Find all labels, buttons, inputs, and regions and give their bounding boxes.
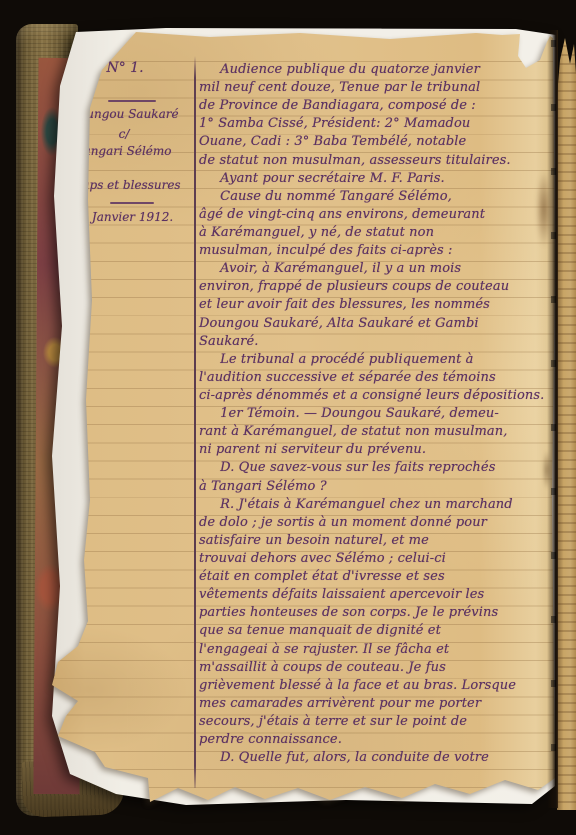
text-line: l'audition successive et séparée des tém… [199, 369, 553, 387]
charge-label: Coups et blessures [52, 178, 194, 192]
text-line: à Tangari Sélémo ? [199, 478, 553, 496]
margin-divider-dash [108, 100, 156, 102]
text-line: rant à Karémanguel, de statut non musulm… [199, 423, 553, 441]
text-line: Ouane, Cadi : 3° Baba Tembélé, notable [199, 133, 553, 151]
text-line: trouvai dehors avec Sélémo ; celui-ci [199, 550, 553, 568]
text-line: à Karémanguel, y né, de statut non [199, 224, 553, 242]
text-line: l'engageai à se rajuster. Il se fâcha et [199, 641, 553, 659]
scanned-register-photo: 2 N° 1. Doungou Saukaré c/ Tangari Sélém… [0, 0, 576, 835]
gutter-crease-spots [551, 40, 556, 800]
versus-separator: c/ [56, 127, 192, 141]
text-line: R. J'étais à Karémanguel chez un marchan… [199, 496, 553, 514]
text-line: musulman, inculpé des faits ci-après : [199, 242, 553, 260]
text-line: D. Que savez-vous sur les faits reproché… [199, 459, 553, 477]
text-line: ni parent ni serviteur du prévenu. [199, 441, 553, 459]
text-line: Saukaré. [199, 333, 553, 351]
plaintiff-name: Doungou Saukaré [56, 107, 192, 121]
manuscript-page-wrap: 2 N° 1. Doungou Saukaré c/ Tangari Sélém… [50, 30, 556, 806]
text-line: que sa tenue manquait de dignité et [199, 622, 553, 640]
text-line: mes camarades arrivèrent pour me porter [199, 695, 553, 713]
text-line: de Province de Bandiagara, composé de : [199, 97, 553, 115]
text-line: âgé de vingt-cinq ans environs, demeuran… [199, 206, 553, 224]
body-text: Audience publique du quatorze janviermil… [199, 61, 553, 767]
text-line: ci-après dénommés et a consigné leurs dé… [199, 387, 553, 405]
manuscript-page: 2 N° 1. Doungou Saukaré c/ Tangari Sélém… [50, 30, 556, 806]
text-line: Avoir, à Karémanguel, il y a un mois [199, 260, 553, 278]
text-line: Doungou Saukaré, Alta Saukaré et Gambi [199, 315, 553, 333]
text-line: Ayant pour secrétaire M. F. Paris. [199, 170, 553, 188]
text-line: secours, j'étais à terre et sur le point… [199, 713, 553, 731]
text-line: Cause du nommé Tangaré Sélémo, [199, 188, 553, 206]
margin-rule-line [194, 56, 196, 788]
text-line: mil neuf cent douze, Tenue par le tribun… [199, 79, 553, 97]
text-line: 1er Témoin. — Doungou Saukaré, demeu- [199, 405, 553, 423]
text-line: perdre connaissance. [199, 731, 553, 749]
text-line: vêtements défaits laissaient apercevoir … [199, 586, 553, 604]
text-line: était en complet état d'ivresse et ses [199, 568, 553, 586]
next-page-edge [557, 36, 576, 810]
case-number: N° 1. [90, 60, 160, 76]
text-line: environ, frappé de plusieurs coups de co… [199, 278, 553, 296]
page-number: 2 [63, 37, 77, 58]
text-line: de statut non musulman, assesseurs titul… [199, 152, 553, 170]
text-line: 1° Samba Cissé, Président: 2° Mamadou [199, 115, 553, 133]
text-line: D. Quelle fut, alors, la conduite de vot… [199, 749, 553, 767]
text-line: Le tribunal a procédé publiquement à [199, 351, 553, 369]
text-line: et leur avoir fait des blessures, les no… [199, 296, 553, 314]
text-line: grièvement blessé à la face et au bras. … [199, 677, 553, 695]
hearing-date: 14 Janvier 1912. [52, 210, 194, 224]
text-line: parties honteuses de son corps. Je le pr… [199, 604, 553, 622]
text-line: satisfaire un besoin naturel, et me [199, 532, 553, 550]
text-line: de dolo ; je sortis à un moment donné po… [199, 514, 553, 532]
text-line: m'assaillit à coups de couteau. Je fus [199, 659, 553, 677]
defendant-name: Tangari Sélémo [56, 144, 192, 158]
text-line: Audience publique du quatorze janvier [199, 61, 553, 79]
margin-divider-dash [110, 202, 154, 204]
